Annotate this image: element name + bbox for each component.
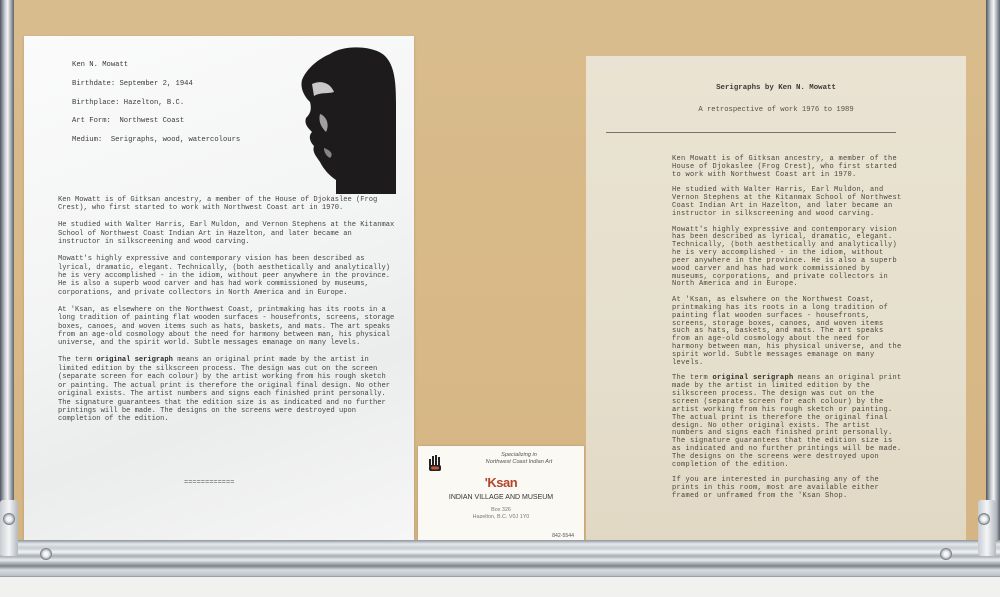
card-brand: 'Ksan <box>418 475 584 490</box>
frame-bottom-rail <box>0 540 1000 577</box>
medium: Medium: Serigraphs, wood, watercolours <box>72 131 240 150</box>
paragraph-purchase: If you are interested in purchasing any … <box>672 477 902 501</box>
card-address: Box 326 Hazelton, B.C. V0J 1Y0 <box>418 507 584 521</box>
frame-rail-right <box>986 0 1000 575</box>
birthplace: Birthplace: Hazelton, B.C. <box>72 94 240 113</box>
screw-icon <box>40 548 52 560</box>
paragraph-ksan: At 'Ksan, as elsewhere on the Northwest … <box>58 306 398 348</box>
screw-icon <box>978 513 990 525</box>
artist-name: Ken N. Mowatt <box>72 56 240 75</box>
display-frame: Ken N. Mowatt Birthdate: September 2, 19… <box>0 0 1000 575</box>
paragraph-studies: He studied with Walter Harris, Earl Muld… <box>672 187 902 218</box>
footer-divider: ============ <box>184 479 234 487</box>
title-rule <box>606 132 896 133</box>
artist-portrait-icon <box>290 44 400 194</box>
retrospective-subtitle: A retrospective of work 1976 to 1989 <box>586 106 966 114</box>
card-phone: 842-5544 <box>552 533 574 539</box>
card-tagline: Specializing in Northwest Coast Indian A… <box>458 452 580 466</box>
biography-body: Ken Mowatt is of Gitksan ancestry, a mem… <box>58 196 398 432</box>
paragraph-ancestry: Ken Mowatt is of Gitksan ancestry, a mem… <box>672 156 902 180</box>
frame-corner-right <box>978 500 996 556</box>
biography-sheet: Ken N. Mowatt Birthdate: September 2, 19… <box>24 36 414 541</box>
retrospective-body: Ken Mowatt is of Gitksan ancestry, a mem… <box>672 156 902 509</box>
ksan-hand-logo-icon <box>428 454 442 472</box>
frame-corner-left <box>0 500 18 556</box>
paragraph-ancestry: Ken Mowatt is of Gitksan ancestry, a mem… <box>58 196 398 213</box>
screw-icon <box>940 548 952 560</box>
bio-header: Ken N. Mowatt Birthdate: September 2, 19… <box>72 56 240 150</box>
ksan-business-card: Specializing in Northwest Coast Indian A… <box>418 446 584 542</box>
paragraph-vision: Mowatt's highly expressive and contempor… <box>672 227 902 290</box>
retrospective-title: Serigraphs by Ken N. Mowatt <box>586 84 966 92</box>
art-form: Art Form: Northwest Coast <box>72 112 240 131</box>
paragraph-ksan: At 'Ksan, as elswhere on the Northwest C… <box>672 297 902 368</box>
frame-rail-left <box>0 0 14 575</box>
screw-icon <box>3 513 15 525</box>
paragraph-serigraph: The term original serigraph means an ori… <box>58 356 398 423</box>
wall-surface <box>0 577 1000 597</box>
retrospective-sheet: Serigraphs by Ken N. Mowatt A retrospect… <box>586 56 966 544</box>
paragraph-studies: He studied with Walter Harris, Earl Muld… <box>58 221 398 246</box>
paragraph-vision: Mowatt's highly expressive and contempor… <box>58 255 398 297</box>
birthdate: Birthdate: September 2, 1944 <box>72 75 240 94</box>
card-institution: INDIAN VILLAGE AND MUSEUM <box>418 494 584 501</box>
paragraph-serigraph: The term original serigraph means an ori… <box>672 375 902 469</box>
